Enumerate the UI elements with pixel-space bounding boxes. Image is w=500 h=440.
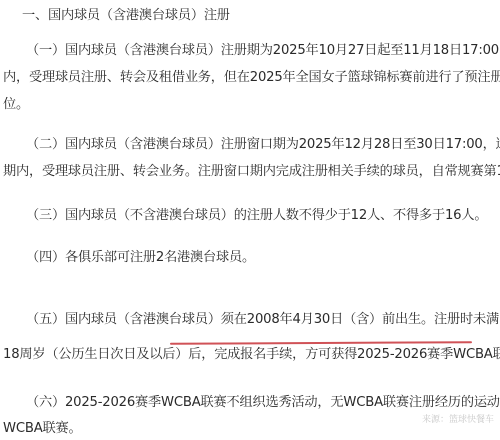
paragraph-6-line-1: （六）2025-2026赛季WCBA联赛不组织选秀活动，无WCBA联赛注册经历的… [26, 395, 500, 411]
paragraph-1-line-2: 内，受理球员注册、转会及租借业务，但在2025年全国女子篮球锦标赛前进行了预注册… [3, 70, 500, 86]
section-heading: 一、国内球员（含港澳台球员）注册 [22, 8, 230, 24]
paragraph-5-line-2: 18周岁（公历生日次日及以后）后，完成报名手续，方可获得2025-2026赛季W… [3, 347, 500, 363]
paragraph-1-line-1: （一）国内球员（含港澳台球员）注册期为2025年10月27日起至11月18日17… [26, 43, 500, 59]
paragraph-3-line-1: （三）国内球员（不含港澳台球员）的注册人数不得少于12人、不得多于16人。 [26, 208, 487, 224]
paragraph-1-line-3: 位。 [3, 97, 29, 113]
paragraph-2-line-2: 期内，受理球员注册、转会业务。注册窗口期内完成注册相关手续的球员，自常规赛第12… [3, 164, 500, 180]
paragraph-2-line-1: （二）国内球员（含港澳台球员）注册窗口期为2025年12月28日至30日17:0… [26, 137, 500, 153]
paragraph-5-line-1: （五）国内球员（含港澳台球员）须在2008年4月30日（含）前出生。注册时未满1… [26, 312, 500, 328]
red-underline-annotation [170, 341, 472, 345]
source-watermark: 来源：篮球快餐车 [422, 412, 494, 425]
paragraph-4-line-1: （四）各俱乐部可注册2名港澳台球员。 [26, 250, 255, 266]
paragraph-6-line-2: WCBA联赛。 [3, 421, 81, 437]
document-page: 一、国内球员（含港澳台球员）注册 （一）国内球员（含港澳台球员）注册期为2025… [0, 0, 500, 440]
